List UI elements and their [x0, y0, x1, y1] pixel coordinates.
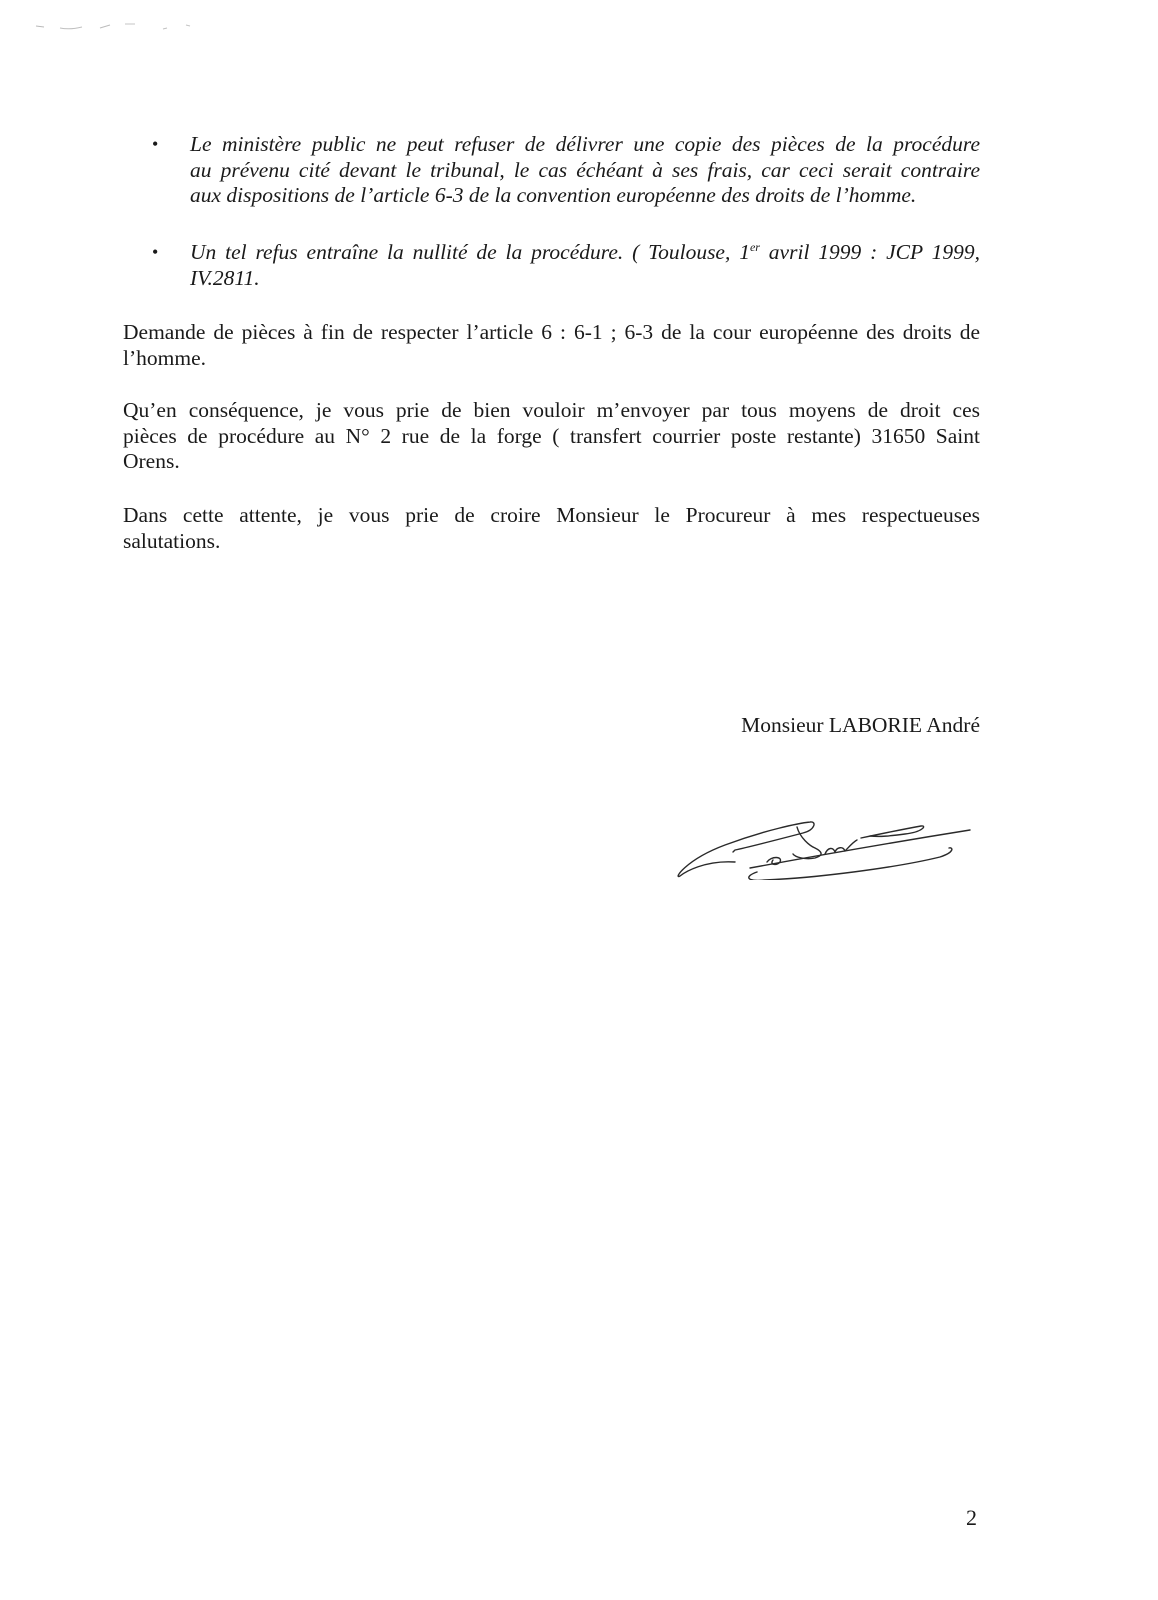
text-line: aux dispositions de l’article 6-3 de la …	[190, 183, 980, 209]
text-line: Orens.	[123, 449, 980, 475]
citation-text: avril 1999 : JCP 1999,	[760, 240, 980, 264]
page-number: 2	[966, 1505, 977, 1531]
text-line: au prévenu cité devant le tribunal, le c…	[190, 158, 980, 184]
text-line: l’homme.	[123, 346, 980, 372]
paragraph-demande: Demande de pièces à fin de respecter l’a…	[123, 320, 980, 371]
bullet-item-ministere-public: • Le ministère public ne peut refuser de…	[152, 132, 980, 209]
text-line: Qu’en conséquence, je vous prie de bien …	[123, 398, 980, 424]
document-page: • Le ministère public ne peut refuser de…	[0, 0, 1158, 1600]
bullet-text: Le ministère public ne peut refuser de d…	[190, 132, 980, 209]
signature-icon	[665, 790, 975, 880]
text-line: salutations.	[123, 529, 980, 555]
paragraph-salutations: Dans cette attente, je vous prie de croi…	[123, 503, 980, 554]
scan-artifact-marks	[30, 18, 200, 38]
bullet-icon: •	[152, 132, 172, 158]
text-line: IV.2811.	[190, 266, 980, 292]
text-line: Demande de pièces à fin de respecter l’a…	[123, 320, 980, 346]
bullet-item-nullite: • Un tel refus entraîne la nullité de la…	[152, 240, 980, 291]
text-line: Un tel refus entraîne la nullité de la p…	[190, 240, 980, 266]
bullet-text: Un tel refus entraîne la nullité de la p…	[190, 240, 980, 291]
text-line: Dans cette attente, je vous prie de croi…	[123, 503, 980, 529]
citation-text: Un tel refus entraîne la nullité de la p…	[190, 240, 750, 264]
text-line: pièces de procédure au N° 2 rue de la fo…	[123, 424, 980, 450]
paragraph-consequence: Qu’en conséquence, je vous prie de bien …	[123, 398, 980, 475]
text-line: Le ministère public ne peut refuser de d…	[190, 132, 980, 158]
bullet-icon: •	[152, 240, 172, 266]
superscript: er	[750, 240, 760, 254]
signer-name: Monsieur LABORIE André	[741, 712, 980, 738]
